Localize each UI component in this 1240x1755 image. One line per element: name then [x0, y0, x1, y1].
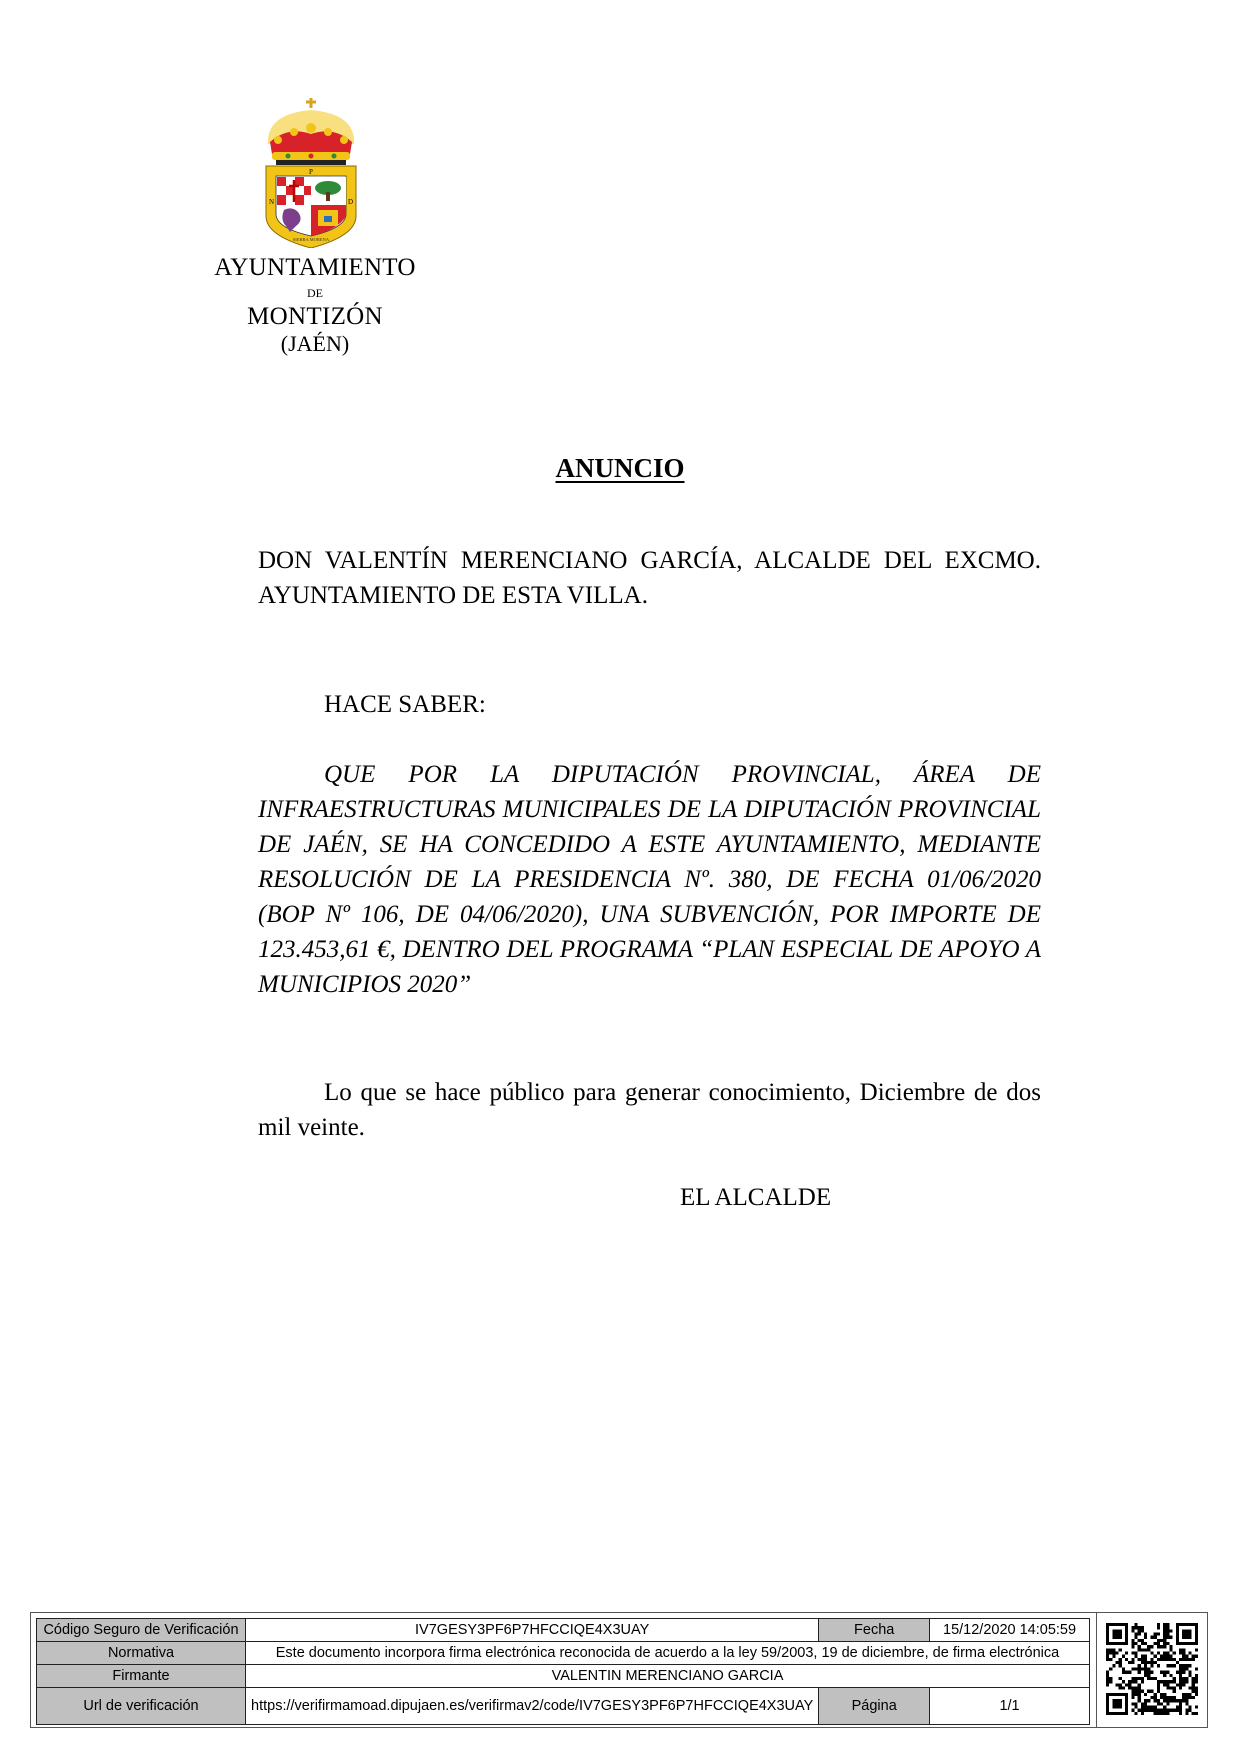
qr-code-icon — [1106, 1620, 1198, 1718]
firmante-label: Firmante — [37, 1665, 246, 1688]
organization-header: AYUNTAMIENTO DE MONTIZÓN (JAÉN) — [195, 255, 435, 355]
org-name-line3: MONTIZÓN — [195, 304, 435, 329]
closing-paragraph: Lo que se hace público para generar cono… — [258, 1075, 1041, 1145]
svg-text:P: P — [309, 168, 313, 176]
normativa-value: Este documento incorpora firma electróni… — [246, 1642, 1090, 1665]
table-row: Firmante VALENTIN MERENCIANO GARCIA — [37, 1665, 1090, 1688]
pagina-value: 1/1 — [930, 1688, 1090, 1725]
verification-url-link[interactable]: https://verifirmamoad.dipujaen.es/verifi… — [246, 1688, 819, 1725]
table-row: Normativa Este documento incorpora firma… — [37, 1642, 1090, 1665]
normativa-label: Normativa — [37, 1642, 246, 1665]
org-name-line2: DE — [195, 287, 435, 299]
table-row: Url de verificación https://verifirmamoa… — [37, 1688, 1090, 1725]
svg-text:D: D — [348, 198, 353, 206]
fecha-label: Fecha — [819, 1619, 930, 1642]
document-title: ANUNCIO — [0, 453, 1240, 484]
table-row: Código Seguro de Verificación IV7GESY3PF… — [37, 1619, 1090, 1642]
pagina-label: Página — [819, 1688, 930, 1725]
csv-label: Código Seguro de Verificación — [37, 1619, 246, 1642]
csv-value: IV7GESY3PF6P7HFCCIQE4X3UAY — [246, 1619, 819, 1642]
firmante-value: VALENTIN MERENCIANO GARCIA — [246, 1665, 1090, 1688]
org-region: (JAÉN) — [195, 333, 435, 355]
body-paragraph: QUE POR LA DIPUTACIÓN PROVINCIAL, ÁREA D… — [258, 757, 1041, 1002]
verification-table: Código Seguro de Verificación IV7GESY3PF… — [36, 1618, 1090, 1725]
hace-saber-heading: HACE SABER: — [324, 687, 486, 722]
intro-paragraph: DON VALENTÍN MERENCIANO GARCÍA, ALCALDE … — [258, 543, 1041, 613]
coat-of-arms-icon: P N D SIERRA MORENA — [258, 96, 364, 248]
org-name-line1: AYUNTAMIENTO — [195, 255, 435, 280]
url-label: Url de verificación — [37, 1688, 246, 1725]
fecha-value: 15/12/2020 14:05:59 — [930, 1619, 1090, 1642]
svg-text:N: N — [269, 198, 274, 206]
svg-text:SIERRA MORENA: SIERRA MORENA — [293, 237, 330, 242]
signature-label: EL ALCALDE — [680, 1180, 831, 1215]
